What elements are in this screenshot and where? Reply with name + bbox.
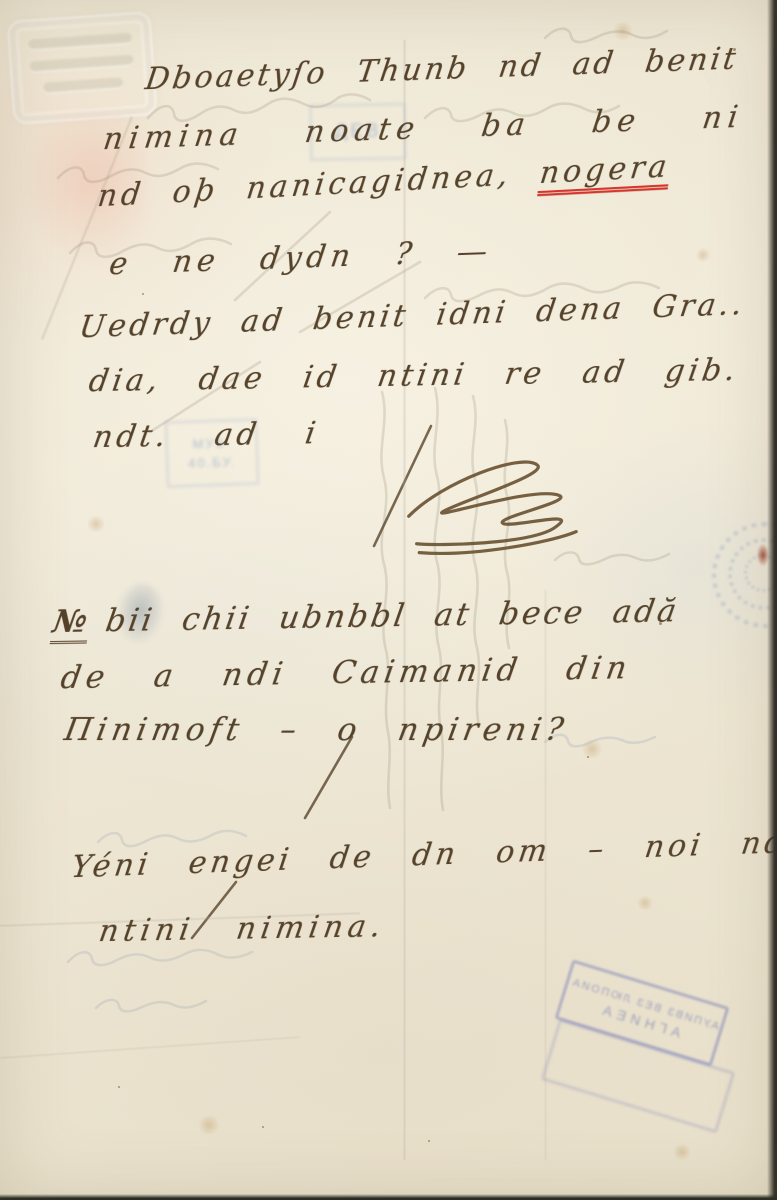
- ink-speck: [587, 756, 589, 758]
- handwritten-line: ndt. ad i: [90, 416, 321, 455]
- foxing-spot: [695, 248, 711, 262]
- handwritten-line: ntini nimina.: [96, 909, 388, 949]
- manuscript-page: ДЕВ МУЗ. 40.БУ.: [0, 0, 777, 1200]
- foxing-spot: [612, 22, 634, 40]
- ink-speck: [262, 1126, 264, 1128]
- ink-speck: [142, 293, 144, 295]
- ink-speck: [118, 1086, 120, 1088]
- handwritten-line: Пinimoft – o npireni?: [62, 712, 571, 748]
- foxing-spot: [672, 1144, 692, 1160]
- ink-speck: [659, 622, 662, 625]
- scan-edge: [767, 0, 777, 1200]
- red-underlined-word: nogera: [538, 149, 673, 191]
- scan-edge: [0, 1194, 777, 1200]
- ink-speck: [428, 1140, 430, 1142]
- foxing-spot: [636, 896, 654, 910]
- foxing-spot: [580, 740, 604, 758]
- foxing-spot: [86, 516, 106, 532]
- ink-speck: [733, 48, 736, 51]
- foxing-spot: [196, 1116, 222, 1134]
- signature-flourish: [394, 441, 601, 565]
- postscript-marker: №: [50, 603, 93, 644]
